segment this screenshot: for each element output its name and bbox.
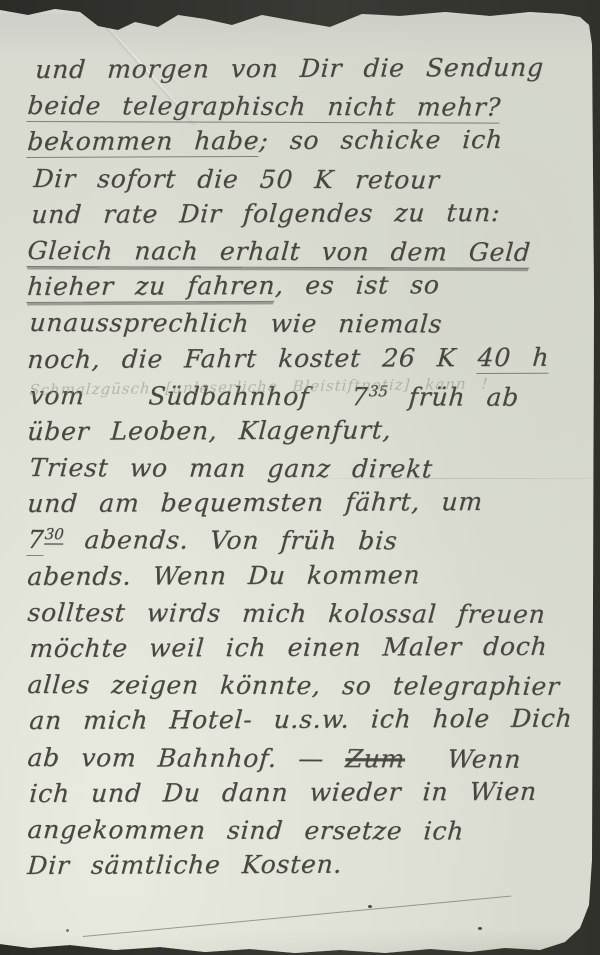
handwritten-line: Dir sofort die 50 K retour	[32, 164, 575, 202]
text-segment: beide telegraphisch nicht mehr?	[26, 91, 502, 124]
handwritten-line: Gleich nach erhalt von dem Geld	[26, 236, 575, 274]
text-segment: Zum	[344, 744, 406, 773]
text-segment: ich und Du dann wieder in Wien	[28, 777, 537, 808]
handwritten-line: angekommen sind ersetze ich	[26, 815, 575, 853]
handwritten-line: beide telegraphisch nicht mehr?	[26, 91, 575, 129]
text-segment: angekommen sind ersetze ich	[27, 815, 466, 846]
ink-speck	[478, 927, 482, 930]
handwritten-line: ab vom Bahnhof. — Zum Wenn	[26, 743, 575, 781]
handwritten-line: über Leoben, Klagenfurt,	[26, 414, 575, 453]
handwritten-line: solltest wirds mich kolossal freuen	[26, 598, 575, 636]
text-segment: , es ist so	[274, 270, 440, 300]
handwritten-line: alles zeigen könnte, so telegraphier	[26, 670, 575, 708]
text-segment: und morgen von Dir die Sendung	[34, 53, 544, 84]
handwritten-line: und rate Dir folgendes zu tun:	[30, 197, 575, 236]
text-segment: unaussprechlich wie niemals	[29, 308, 444, 338]
text-segment: Dir sämtliche Kosten.	[26, 850, 343, 880]
text-segment: Dir sofort die 50 K retour	[33, 164, 441, 194]
text-segment: 7	[26, 525, 45, 556]
handwritten-line: ich und Du dann wieder in Wien	[28, 776, 575, 815]
text-segment: an mich Hotel- u.s.w. ich hole Dich	[28, 704, 573, 735]
handwritten-line: möchte weil ich einen Maler doch	[28, 632, 575, 671]
handwritten-line: unaussprechlich wie niemals	[28, 308, 575, 346]
ink-speck	[368, 905, 372, 908]
handwritten-line: und am bequemsten fährt, um	[26, 487, 575, 526]
handwritten-line: abends. Wenn Du kommen	[26, 559, 575, 598]
handwritten-line: Triest wo man ganz direkt	[28, 453, 575, 491]
text-segment: möchte weil ich einen Maler doch	[28, 632, 548, 663]
text-segment: alles zeigen könnte, so telegraphier	[27, 670, 561, 701]
text-segment: über Leoben, Klagenfurt,	[26, 415, 392, 446]
text-segment: 30	[44, 525, 65, 545]
text-segment: ab vom Bahnhof. —	[27, 743, 347, 773]
text-segment: hieher zu fahren	[26, 271, 276, 303]
scan-background: { "page": { "document_type": "handwritte…	[0, 0, 600, 955]
text-segment: solltest wirds mich kolossal freuen	[27, 598, 547, 629]
text-segment: und rate Dir folgendes zu tun:	[30, 198, 501, 229]
text-segment: noch, die Fahrt kostet 26 K	[26, 343, 478, 374]
text-segment: Gleich nach erhalt von dem Geld	[26, 236, 531, 269]
handwritten-line: 730 abends. Von früh bis	[26, 525, 575, 563]
text-segment: abends. Von früh bis	[62, 526, 398, 556]
letter-page: und morgen von Dir die Sendungbeide tele…	[0, 0, 600, 955]
handwritten-line: bekommen habe; so schicke ich	[26, 125, 575, 164]
handwritten-text-block: und morgen von Dir die Sendungbeide tele…	[26, 55, 572, 887]
text-segment: Triest wo man ganz direkt	[29, 453, 434, 483]
text-segment: abends. Wenn Du kommen	[26, 560, 421, 591]
handwritten-line: Dir sämtliche Kosten.	[26, 849, 575, 888]
pen-flourish-line	[83, 896, 511, 937]
handwritten-line: hieher zu fahren, es ist so	[26, 270, 575, 309]
text-segment: Wenn	[404, 744, 522, 773]
text-segment: 40 h	[477, 342, 551, 373]
ink-speck	[66, 929, 69, 932]
handwritten-line: und morgen von Dir die Sendung	[34, 53, 575, 92]
handwritten-line: an mich Hotel- u.s.w. ich hole Dich	[28, 704, 575, 743]
text-segment: und am bequemsten fährt, um	[26, 487, 483, 518]
text-segment: ; so schicke ich	[259, 125, 504, 155]
text-segment: bekommen habe	[26, 126, 260, 158]
